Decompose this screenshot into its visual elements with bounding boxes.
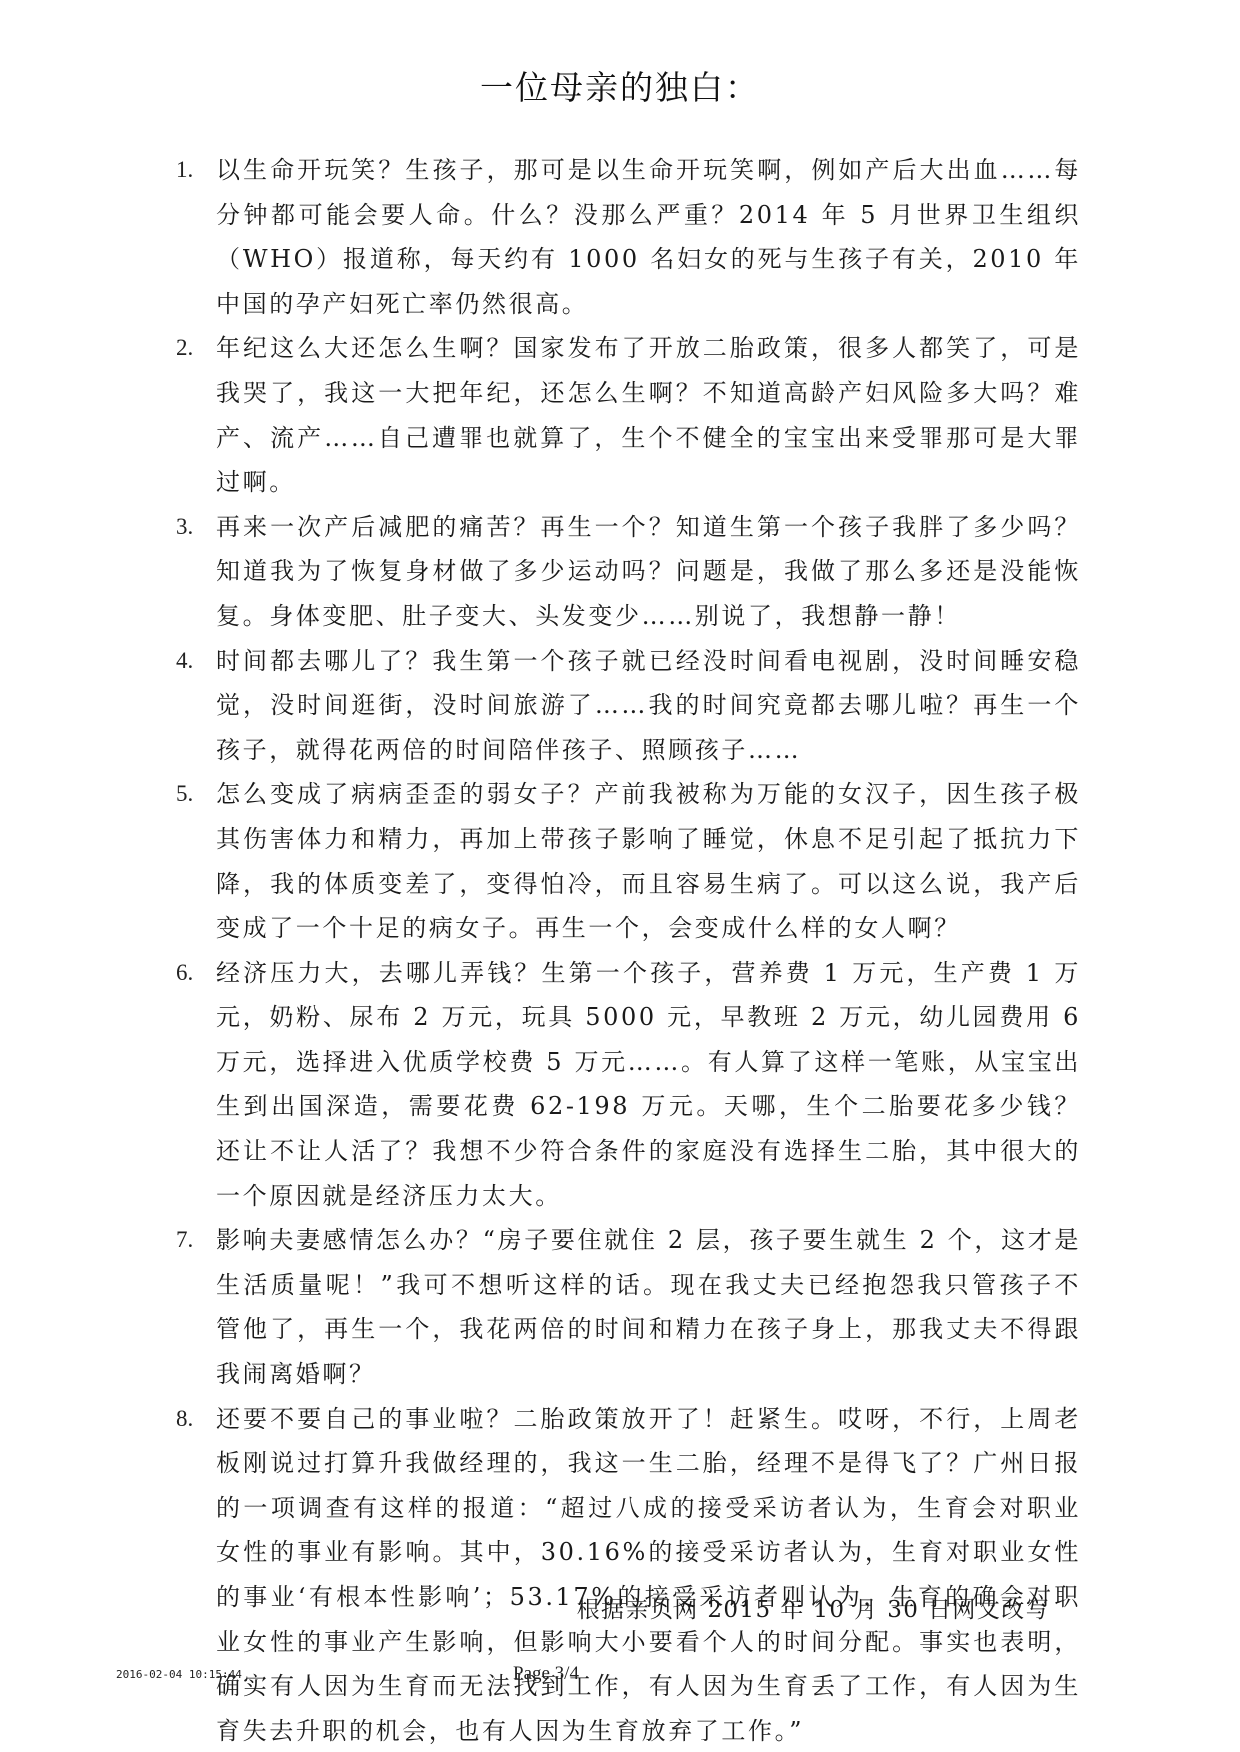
- monologue-list: 1. 以生命开玩笑？生孩子，那可是以生命开玩笑啊，例如产后大出血……每分钟都可能…: [176, 148, 1081, 1752]
- item-text: 影响夫妻感情怎么办？“房子要住就住 2 层，孩子要生就生 2 个，这才是生活质量…: [216, 1218, 1081, 1396]
- list-item: 7. 影响夫妻感情怎么办？“房子要住就住 2 层，孩子要生就生 2 个，这才是生…: [176, 1218, 1081, 1396]
- item-number: 5.: [176, 772, 193, 817]
- document-page: 一位母亲的独白： 1. 以生命开玩笑？生孩子，那可是以生命开玩笑啊，例如产后大出…: [0, 0, 1240, 1752]
- item-text: 怎么变成了病病歪歪的弱女子？产前我被称为万能的女汉子，因生孩子极其伤害体力和精力…: [216, 772, 1081, 950]
- source-note: 根据亲贝网 2015 年 10 月 30 日网文改写: [577, 1592, 1050, 1628]
- list-item: 4. 时间都去哪儿了？我生第一个孩子就已经没时间看电视剧，没时间睡安稳觉，没时间…: [176, 639, 1081, 773]
- document-title: 一位母亲的独白：: [0, 66, 1240, 110]
- print-timestamp: 2016-02-04 10:15:44: [116, 1668, 242, 1681]
- list-item: 1. 以生命开玩笑？生孩子，那可是以生命开玩笑啊，例如产后大出血……每分钟都可能…: [176, 148, 1081, 326]
- list-item: 8. 还要不要自己的事业啦？二胎政策放开了！赶紧生。哎呀，不行，上周老板刚说过打…: [176, 1397, 1081, 1752]
- item-text: 年纪这么大还怎么生啊？国家发布了开放二胎政策，很多人都笑了，可是我哭了，我这一大…: [216, 326, 1081, 504]
- item-number: 3.: [176, 505, 193, 550]
- list-item: 3. 再来一次产后减肥的痛苦？再生一个？知道生第一个孩子我胖了多少吗？知道我为了…: [176, 505, 1081, 639]
- item-text: 经济压力大，去哪儿弄钱？生第一个孩子，营养费 1 万元，生产费 1 万元，奶粉、…: [216, 951, 1081, 1219]
- page-number: Page 3/4: [513, 1663, 579, 1685]
- item-number: 7.: [176, 1218, 193, 1263]
- item-text: 再来一次产后减肥的痛苦？再生一个？知道生第一个孩子我胖了多少吗？知道我为了恢复身…: [216, 505, 1081, 639]
- list-item: 6. 经济压力大，去哪儿弄钱？生第一个孩子，营养费 1 万元，生产费 1 万元，…: [176, 951, 1081, 1219]
- item-number: 4.: [176, 639, 193, 684]
- item-number: 8.: [176, 1397, 193, 1442]
- item-number: 1.: [176, 148, 193, 193]
- item-text: 还要不要自己的事业啦？二胎政策放开了！赶紧生。哎呀，不行，上周老板刚说过打算升我…: [216, 1397, 1081, 1752]
- item-text: 以生命开玩笑？生孩子，那可是以生命开玩笑啊，例如产后大出血……每分钟都可能会要人…: [216, 148, 1081, 326]
- list-item: 5. 怎么变成了病病歪歪的弱女子？产前我被称为万能的女汉子，因生孩子极其伤害体力…: [176, 772, 1081, 950]
- item-number: 2.: [176, 326, 193, 371]
- item-number: 6.: [176, 951, 193, 996]
- item-text: 时间都去哪儿了？我生第一个孩子就已经没时间看电视剧，没时间睡安稳觉，没时间逛街，…: [216, 639, 1081, 773]
- list-item: 2. 年纪这么大还怎么生啊？国家发布了开放二胎政策，很多人都笑了，可是我哭了，我…: [176, 326, 1081, 504]
